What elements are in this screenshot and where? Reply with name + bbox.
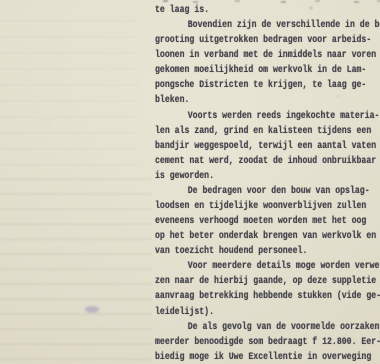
text-line: De als gevolg van de voormelde oorzaken	[155, 320, 331, 335]
text-line: meerder benoodigde som bedraagt f 12.800…	[155, 335, 331, 350]
text-line: te laag is.	[155, 3, 331, 18]
text-line: biedig moge ik Uwe Excellentie in overwe…	[155, 350, 331, 364]
text-line: Voorts werden reeds ingekochte materia-	[155, 109, 331, 124]
text-line: cement nat werd, zoodat de inhoud onbrui…	[155, 154, 331, 169]
text-line: pongsche Districten te krijgen, te laag …	[155, 78, 331, 93]
text-line: loonen in verband met de inmiddels naar …	[155, 48, 331, 63]
text-line: Bovendien zijn de verschillende in de be…	[155, 18, 331, 33]
text-line: bleken.	[155, 93, 331, 108]
text-line: De bedragen voor den bouw van opslag-	[155, 184, 331, 199]
text-line: leidelijst).	[155, 305, 331, 320]
text-line: gekomen moeilijkheid om werkvolk in de L…	[155, 63, 331, 78]
text-line: zen naar de hierbij gaande, op deze supp…	[155, 274, 331, 289]
text-line: grooting uitgetrokken bedragen voor arbe…	[155, 33, 331, 48]
text-line: bandjir weggespoeld, terwijl een aantal …	[155, 139, 331, 154]
scanned-document-page: te laag is.Bovendien zijn de verschillen…	[0, 0, 380, 364]
text-line: Voor meerdere details moge worden verwe-	[155, 259, 331, 274]
text-line: van toezicht houdend personeel.	[155, 244, 331, 259]
bleedthrough-texture-lower	[0, 178, 152, 364]
text-line: loodsen en tijdelijke woonverblijven zul…	[155, 199, 331, 214]
text-line: op het beter onderdak brengen van werkvo…	[155, 229, 331, 244]
text-line: is geworden.	[155, 169, 331, 184]
typewritten-text-block: te laag is.Bovendien zijn de verschillen…	[155, 3, 380, 364]
bleedthrough-texture-upper	[0, 20, 140, 170]
text-line: eveneens verhoogd moeten worden met het …	[155, 214, 331, 229]
cropped-line-fragments	[163, 0, 168, 2]
text-line: aanvraag betrekking hebbende stukken (vi…	[155, 289, 331, 304]
ink-smudge	[85, 306, 99, 313]
text-line: len als zand, grind en kalisteen tijdens…	[155, 124, 331, 139]
